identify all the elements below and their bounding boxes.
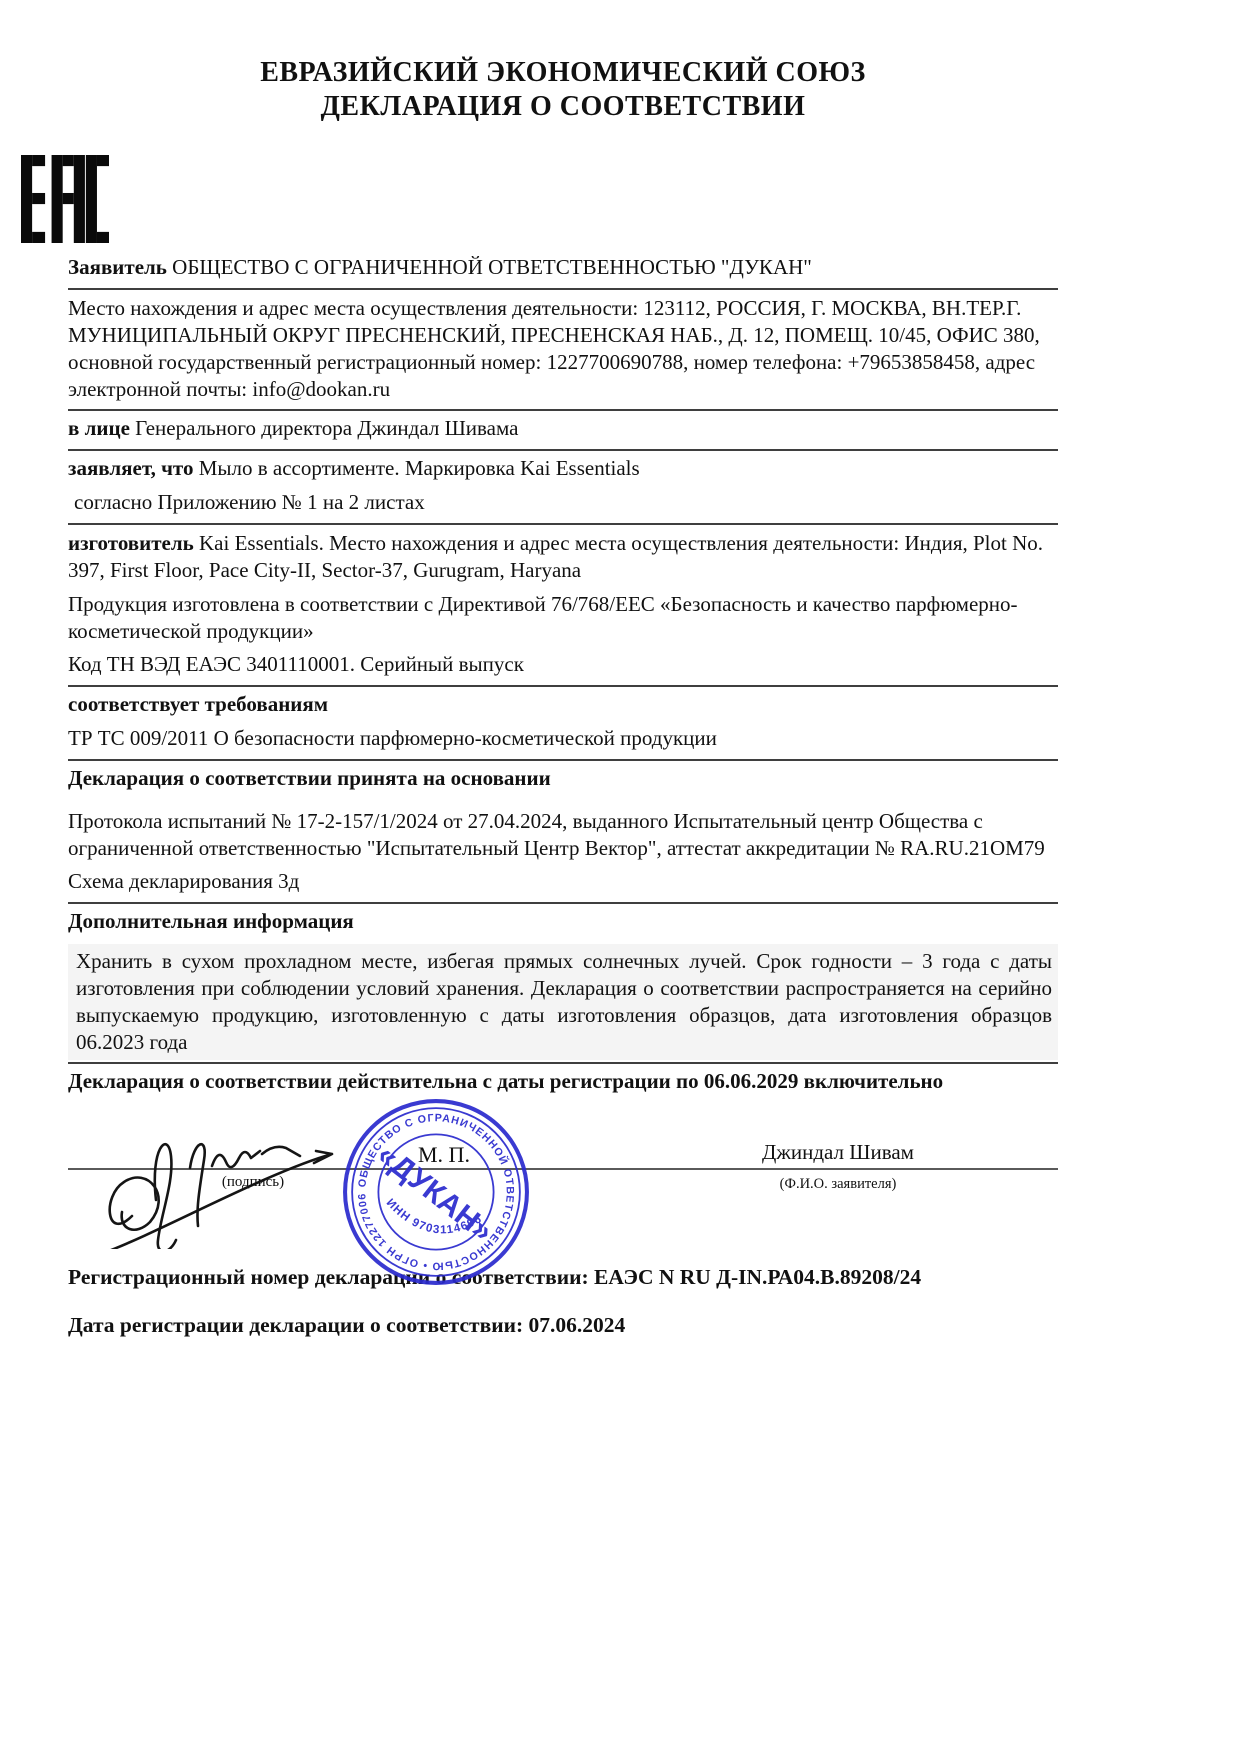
registration-date-label: Дата регистрации декларации о соответств… xyxy=(68,1313,523,1337)
manufacturer-label: изготовитель xyxy=(68,531,194,555)
section-divider xyxy=(68,523,1058,525)
address-paragraph: Место нахождения и адрес места осуществл… xyxy=(68,292,1058,407)
tnved-line: Код ТН ВЭД ЕАЭС 3401110001. Серийный вып… xyxy=(68,649,1058,683)
declares-row: заявляет, что Мыло в ассортименте. Марки… xyxy=(68,453,1058,487)
section-divider xyxy=(68,1062,1058,1064)
additional-info-paragraph: Хранить в сухом прохладном месте, избега… xyxy=(68,944,1058,1060)
conformity-requirements-label: соответствует требованиям xyxy=(68,689,1058,723)
signatory-name: Джиндал Шивам xyxy=(648,1140,1028,1165)
registration-date-value: 07.06.2024 xyxy=(529,1313,626,1337)
company-stamp-icon: ОБЩЕСТВО С ОГРАНИЧЕННОЙ ОТВЕТСТВЕННОСТЬЮ… xyxy=(340,1096,532,1288)
in-person-label: в лице xyxy=(68,416,130,440)
registration-number-value: ЕАЭС N RU Д-IN.РА04.В.89208/24 xyxy=(594,1265,921,1289)
conformity-requirements-value: ТР ТС 009/2011 О безопасности парфюмерно… xyxy=(68,723,1058,757)
title-line-1: ЕВРАЗИЙСКИЙ ЭКОНОМИЧЕСКИЙ СОЮЗ xyxy=(68,56,1058,90)
section-divider xyxy=(68,759,1058,761)
additional-info-heading: Дополнительная информация xyxy=(68,906,1058,940)
signatory-caption: (Ф.И.О. заявителя) xyxy=(648,1176,1028,1193)
section-divider xyxy=(68,409,1058,411)
registration-date-line: Дата регистрации декларации о соответств… xyxy=(68,1311,1058,1339)
scheme-line: Схема декларирования 3д xyxy=(68,866,1058,900)
basis-paragraph: Протокола испытаний № 17-2-157/1/2024 от… xyxy=(68,805,1058,866)
in-person-value: Генерального директора Джиндал Шивама xyxy=(135,416,518,440)
declares-value: Мыло в ассортименте. Маркировка Kai Esse… xyxy=(199,456,640,480)
section-divider xyxy=(68,685,1058,687)
applicant-value: ОБЩЕСТВО С ОГРАНИЧЕННОЙ ОТВЕТСТВЕННОСТЬЮ… xyxy=(172,255,812,279)
document-content: ЕВРАЗИЙСКИЙ ЭКОНОМИЧЕСКИЙ СОЮЗ ДЕКЛАРАЦИ… xyxy=(68,0,1058,1339)
manufacturer-paragraph: изготовитель Kai Essentials. Место нахож… xyxy=(68,527,1058,588)
declares-label: заявляет, что xyxy=(68,456,193,480)
directive-paragraph: Продукция изготовлена в соответствии с Д… xyxy=(68,588,1058,649)
section-divider xyxy=(68,288,1058,290)
in-person-row: в лице Генерального директора Джиндал Ши… xyxy=(68,413,1058,447)
applicant-row: Заявитель ОБЩЕСТВО С ОГРАНИЧЕННОЙ ОТВЕТС… xyxy=(68,252,1058,286)
registration-number-line: Регистрационный номер декларации о соотв… xyxy=(68,1263,1058,1291)
applicant-label: Заявитель xyxy=(68,255,167,279)
section-divider xyxy=(68,902,1058,904)
signature-caption: (подпись) xyxy=(178,1174,328,1191)
section-divider xyxy=(68,449,1058,451)
signature-block: ОБЩЕСТВО С ОГРАНИЧЕННОЙ ОТВЕТСТВЕННОСТЬЮ… xyxy=(68,1100,1058,1255)
validity-line: Декларация о соответствии действительна … xyxy=(68,1066,1058,1100)
manufacturer-value: Kai Essentials. Место нахождения и адрес… xyxy=(68,531,1043,582)
declaration-document-page: ЕВРАЗИЙСКИЙ ЭКОНОМИЧЕСКИЙ СОЮЗ ДЕКЛАРАЦИ… xyxy=(0,0,1240,1755)
document-title: ЕВРАЗИЙСКИЙ ЭКОНОМИЧЕСКИЙ СОЮЗ ДЕКЛАРАЦИ… xyxy=(68,56,1058,124)
annex-note: согласно Приложению № 1 на 2 листах xyxy=(68,487,1058,521)
basis-heading: Декларация о соответствии принята на осн… xyxy=(68,763,1058,797)
title-line-2: ДЕКЛАРАЦИЯ О СООТВЕТСТВИИ xyxy=(68,90,1058,124)
